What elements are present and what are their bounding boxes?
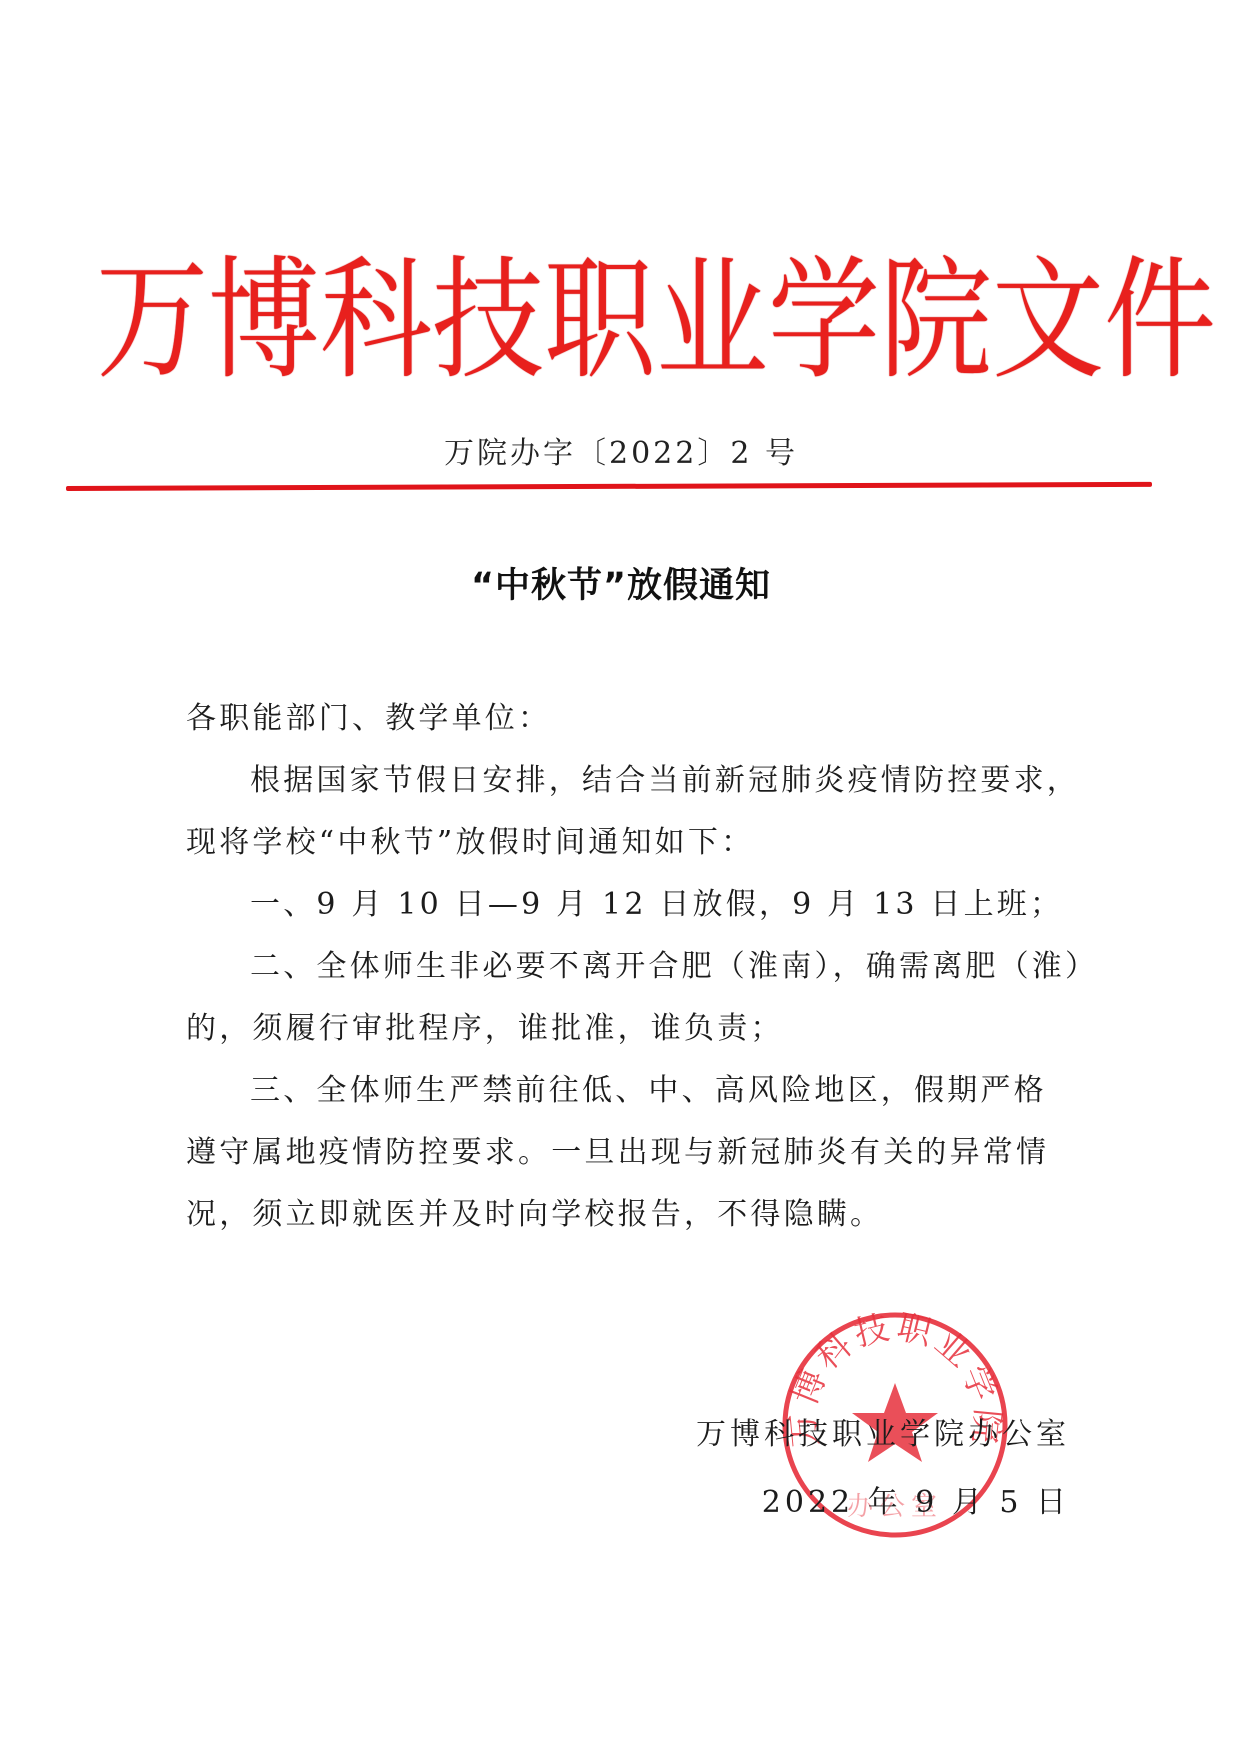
- masthead-title: 万 博 科 技 职 业 学 院 文 件: [96, 246, 1146, 396]
- paragraph-line: 二、全体师生非必要不离开合肥（淮南），确需离肥（淮）: [186, 936, 1066, 998]
- masthead-char: 科: [320, 233, 432, 410]
- masthead-char: 学: [768, 233, 880, 410]
- masthead-char: 职: [544, 233, 656, 410]
- signature-date: 2022 年 9 月 5 日: [690, 1473, 1070, 1533]
- signature-organization: 万博科技职业学院办公室: [690, 1405, 1070, 1465]
- red-divider-rule: [66, 482, 1152, 491]
- paragraph-line: 遵守属地疫情防控要求。一旦出现与新冠肺炎有关的异常情: [186, 1122, 1066, 1184]
- paragraph-line: 三、全体师生严禁前往低、中、高风险地区，假期严格: [186, 1060, 1066, 1122]
- paragraph-line: 一、9 月 10 日—9 月 12 日放假，9 月 13 日上班；: [186, 874, 1066, 936]
- masthead-char: 文: [992, 233, 1104, 410]
- notice-body: 各职能部门、教学单位： 根据国家节假日安排，结合当前新冠肺炎疫情防控要求， 现将…: [186, 688, 1066, 1246]
- paragraph-line: 现将学校“中秋节”放假时间通知如下：: [186, 812, 1066, 874]
- paragraph-line: 根据国家节假日安排，结合当前新冠肺炎疫情防控要求，: [186, 750, 1066, 812]
- masthead-char: 博: [208, 233, 320, 410]
- masthead-char: 件: [1104, 233, 1216, 410]
- masthead-char: 万: [96, 233, 208, 410]
- masthead-char: 业: [656, 233, 768, 410]
- paragraph-line: 况，须立即就医并及时向学校报告，不得隐瞒。: [186, 1184, 1066, 1246]
- document-number: 万院办字〔2022〕2 号: [0, 428, 1242, 472]
- document-page: 万 博 科 技 职 业 学 院 文 件 万院办字〔2022〕2 号 “中秋节”放…: [0, 0, 1242, 1749]
- signature-block: 万博科技职业学院办公室 2022 年 9 月 5 日: [690, 1405, 1070, 1533]
- notice-title: “中秋节”放假通知: [0, 558, 1242, 608]
- paragraph-line: 的，须履行审批程序，谁批准，谁负责；: [186, 998, 1066, 1060]
- salutation: 各职能部门、教学单位：: [186, 688, 1066, 750]
- masthead-char: 院: [880, 233, 992, 410]
- masthead-char: 技: [432, 233, 544, 410]
